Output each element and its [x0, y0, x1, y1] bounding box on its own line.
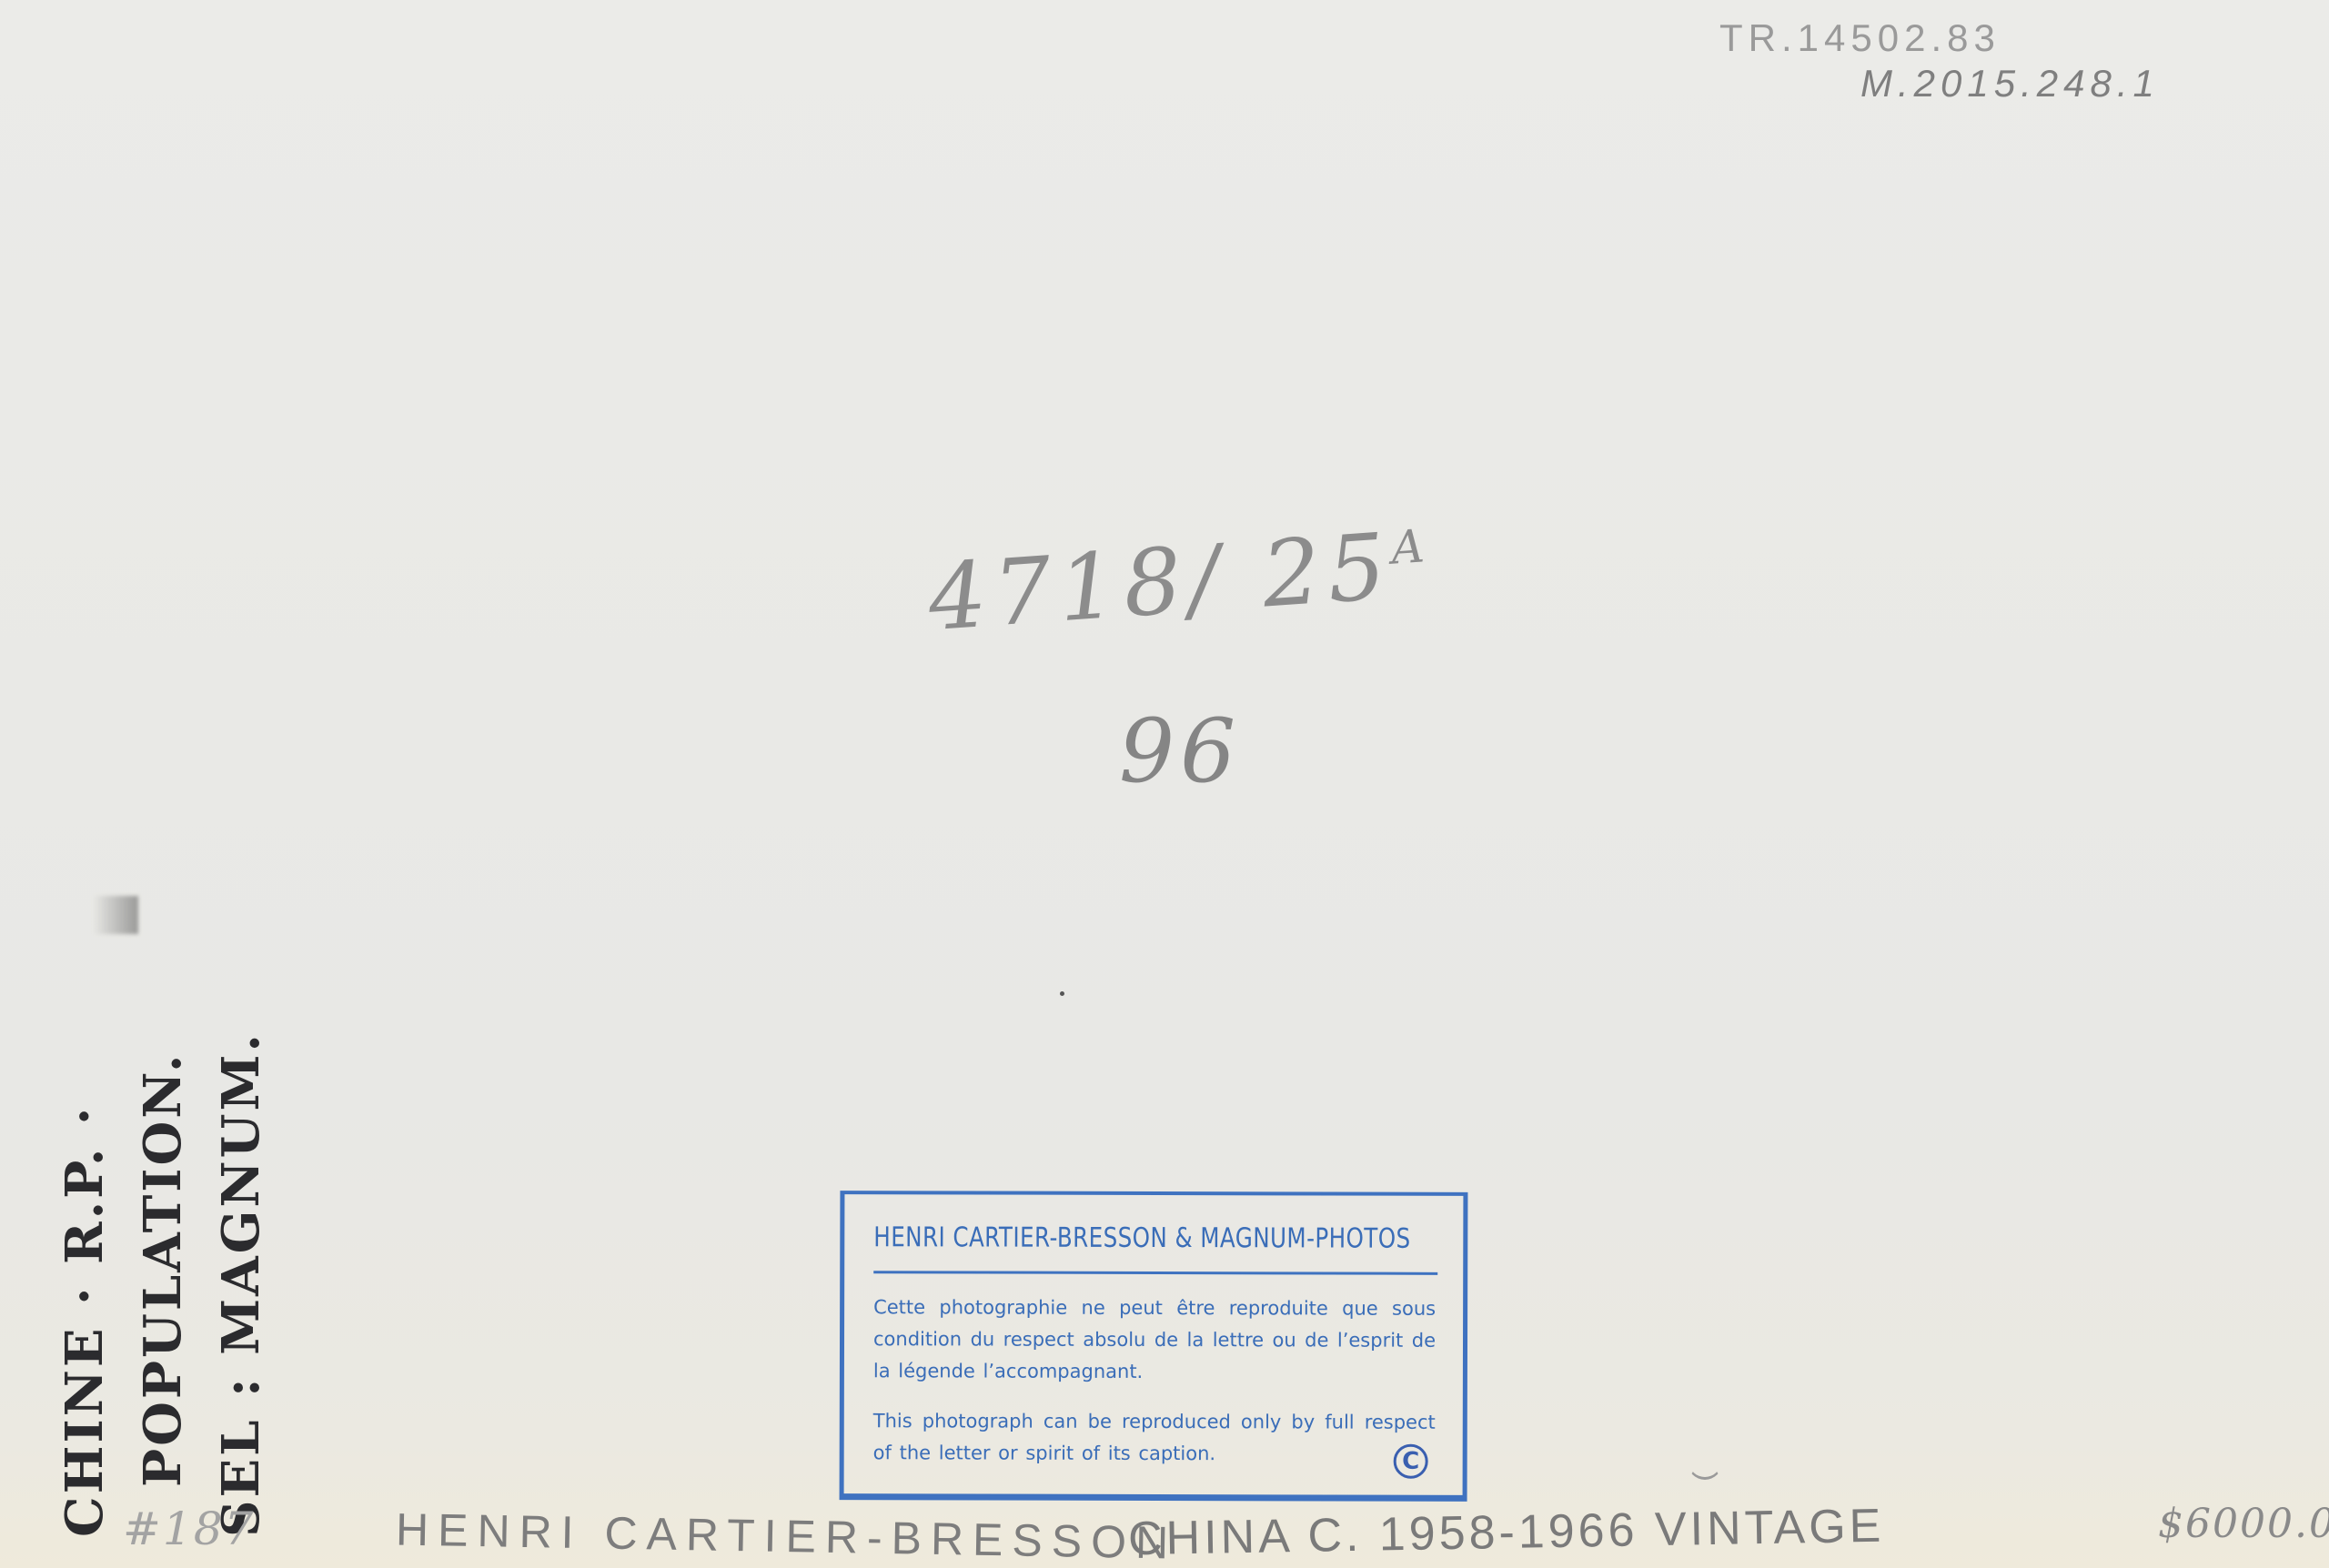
magnum-copyright-stamp: HENRI CARTIER-BRESSON & MAGNUM-PHOTOS Ce… [840, 1191, 1468, 1502]
caption-stamp: CHINE · R.P. · POPULATION. SEL : MAGNUM. [45, 1031, 280, 1537]
check-mark-icon [1688, 1457, 1722, 1480]
date-description: CHINA C. 1958-1966 VINTAGE [1128, 1499, 1885, 1566]
caption-line-subject: POPULATION. [124, 1031, 202, 1537]
copyright-icon: C [1394, 1444, 1428, 1479]
stamp-text-french: Cette photographie ne peut être reprodui… [873, 1292, 1436, 1389]
lot-number: #187 [123, 1503, 255, 1555]
negative-number: 4718/ 25 [925, 513, 1396, 651]
caption-line-country: CHINE · R.P. · [45, 1031, 124, 1537]
negative-reference: 4718/ 25A [925, 510, 1437, 651]
negative-suffix: A [1389, 519, 1433, 575]
photo-verso: TR.14502.83 M.2015.248.1 4718/ 25A 96 CH… [0, 0, 2329, 1568]
caption-line-agency: SEL : MAGNUM. [202, 1031, 280, 1537]
price-note: $6000.00 [2158, 1501, 2329, 1547]
inventory-number-1: TR.14502.83 [1719, 16, 2001, 60]
ink-dot [1060, 991, 1064, 996]
inventory-number-2: M.2015.248.1 [1860, 62, 2160, 106]
negative-sub-number: 96 [1119, 700, 1241, 802]
stamp-smudge [93, 896, 138, 934]
stamp-text-english: This photograph can be reproduced only b… [873, 1405, 1436, 1471]
stamp-underline [873, 1271, 1437, 1275]
stamp-title: HENRI CARTIER-BRESSON & MAGNUM-PHOTOS [873, 1221, 1440, 1255]
photographer-signature: HENRI CARTIER-BRESSON [396, 1503, 1178, 1568]
